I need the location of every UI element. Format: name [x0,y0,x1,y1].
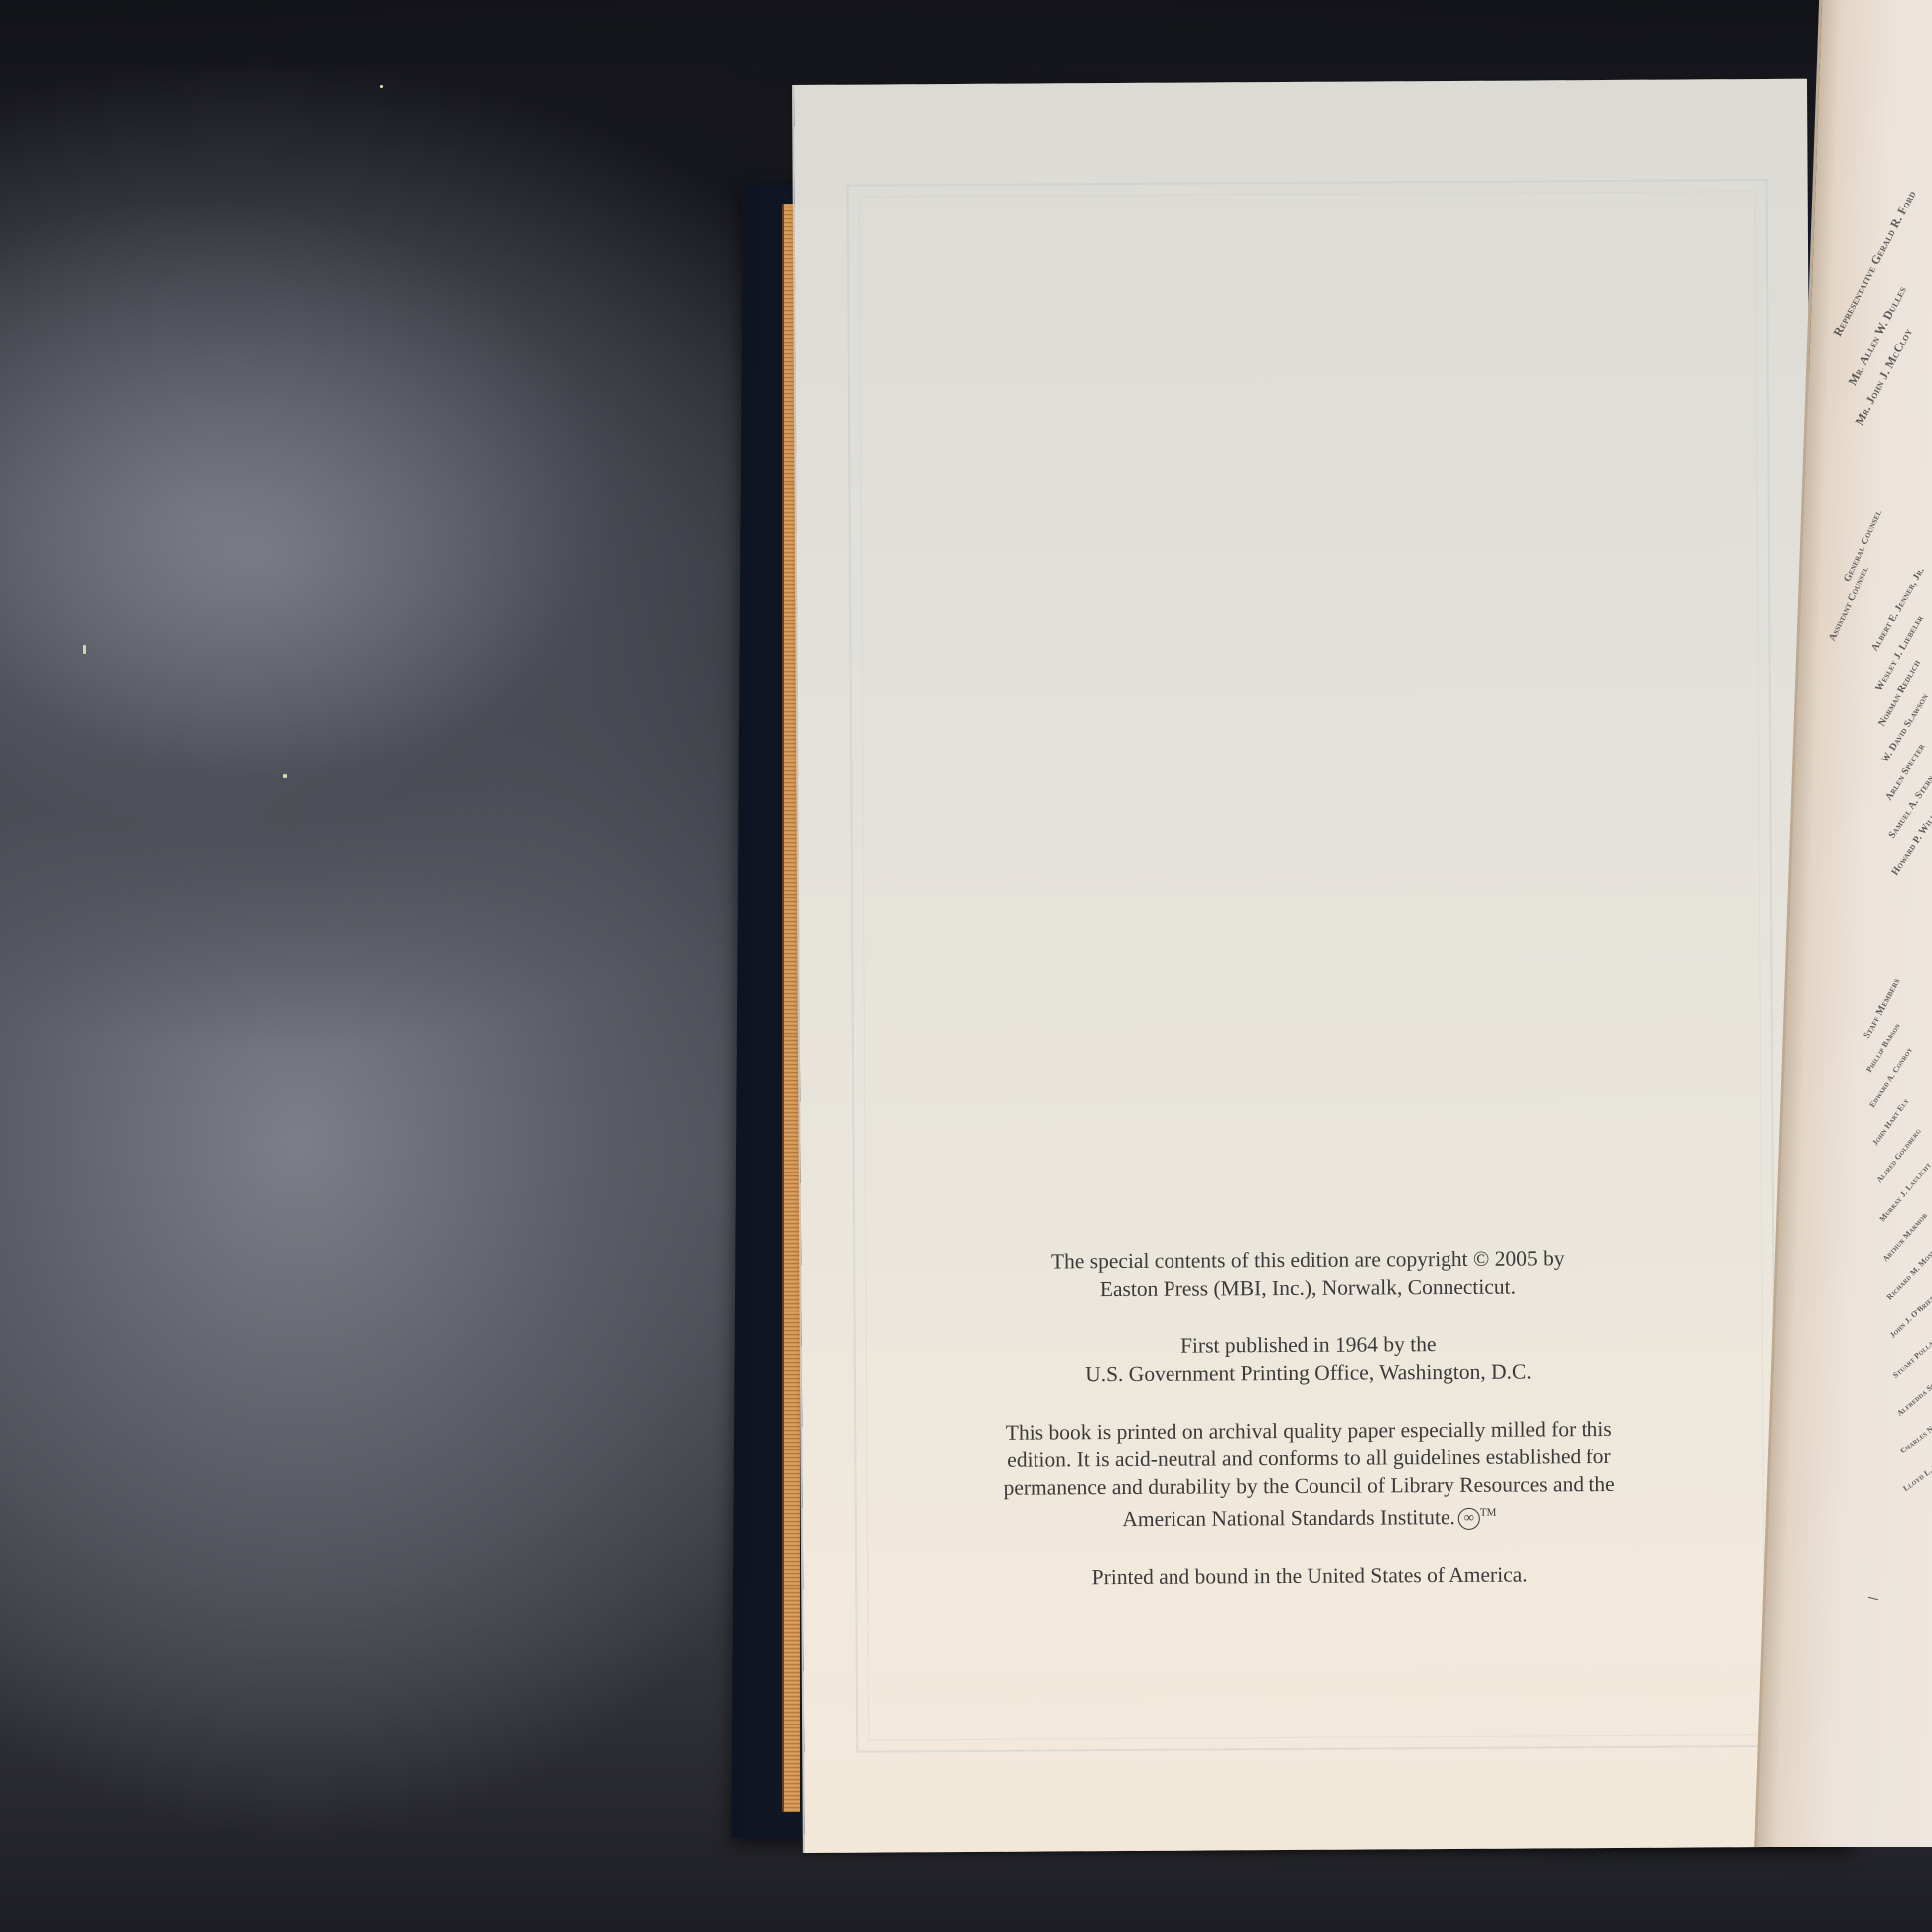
paper-notice: This book is printed on archival quality… [802,1414,1816,1535]
trademark-mark: TM [1480,1507,1497,1519]
desk-speck [83,645,86,654]
publication-notice: First published in 1964 by the U.S. Gove… [802,1328,1815,1390]
copyright-notice: The special contents of this edition are… [801,1243,1814,1305]
printed-line: Printed and bound in the United States o… [803,1559,1816,1592]
printed-notice: Printed and bound in the United States o… [803,1559,1816,1592]
desk-speck [283,774,287,778]
desk-surface [0,0,755,1932]
copyright-text: The special contents of this edition are… [801,1243,1816,1622]
copyright-page: The special contents of this edition are… [794,79,1818,1853]
ansi-infinity-icon: ∞ [1458,1508,1480,1530]
paper-line-final: American National Standards Institute.∞T… [803,1497,1816,1535]
desk-speck [380,85,383,88]
publication-line: U.S. Government Printing Office, Washing… [802,1356,1815,1390]
copyright-line: Easton Press (MBI, Inc.), Norwalk, Conne… [801,1271,1814,1305]
paper-line: American National Standards Institute. [1122,1505,1455,1531]
